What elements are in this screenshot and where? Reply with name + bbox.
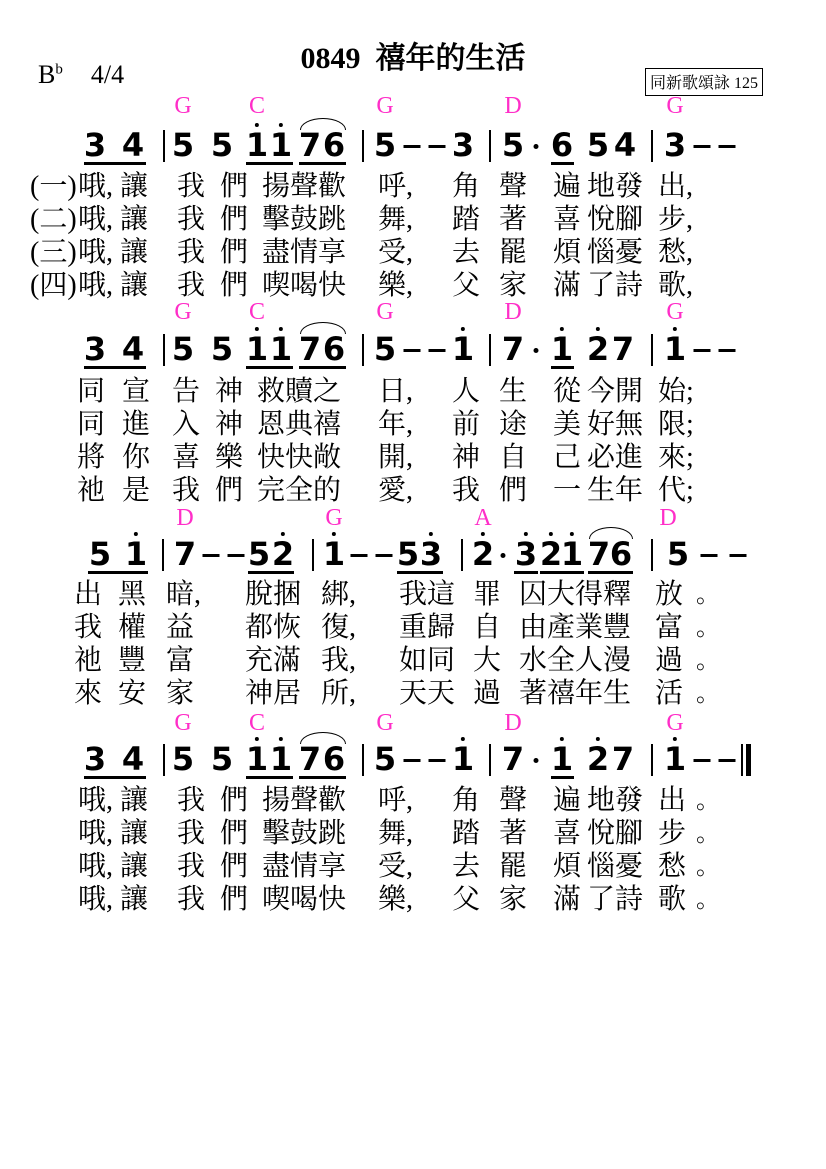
- octave-dot: [524, 532, 528, 536]
- lyric-segment: 父: [452, 271, 480, 301]
- octave-dot: [255, 327, 259, 331]
- eighth-beam: [246, 776, 293, 779]
- lyric-segment: 重歸: [399, 613, 455, 643]
- lyric-segment: 們: [215, 476, 243, 506]
- lyric-segment: 哦,: [78, 885, 113, 915]
- lyric-segment: 讓: [120, 885, 148, 915]
- lyric-segment: 讓: [120, 271, 148, 301]
- lyric-segment: 己: [553, 443, 581, 473]
- octave-dot: [279, 737, 283, 741]
- lyric-segment: 們: [220, 885, 248, 915]
- note-digit: 4: [122, 130, 144, 160]
- lyric-segment: 。: [696, 646, 720, 676]
- lyric-segment: 日,: [378, 377, 413, 407]
- lyric-segment: 我,: [321, 646, 356, 676]
- sustain-dash: [429, 349, 446, 352]
- sustain-dash: [730, 554, 747, 557]
- lyric-segment: 讓: [120, 172, 148, 202]
- lyric-segment: 由產業豐: [519, 613, 631, 643]
- note-digit: 5: [667, 539, 689, 569]
- lyric-segment: 煩: [553, 852, 581, 882]
- chord-label: G: [666, 300, 683, 324]
- lyric-segment: 們: [220, 271, 248, 301]
- lyric-segment: 們: [220, 786, 248, 816]
- lyric-segment: 我: [74, 613, 102, 643]
- lyric-segment: 愁,: [658, 238, 693, 268]
- barline: [362, 334, 364, 366]
- chord-label: G: [376, 94, 393, 118]
- note-digit: 2: [472, 539, 494, 569]
- lyric-segment: 神: [452, 443, 480, 473]
- note-digit: 3: [84, 130, 106, 160]
- lyric-segment: 樂: [215, 443, 243, 473]
- lyric-segment: 步: [658, 819, 686, 849]
- lyric-segment: 美: [553, 410, 581, 440]
- lyric-segment: 安: [118, 679, 146, 709]
- note-digit: 5: [211, 334, 233, 364]
- lyric-segment: 益: [166, 613, 194, 643]
- lyric-segment: 悅腳: [587, 205, 643, 235]
- octave-dot: [570, 532, 574, 536]
- lyric-segment: 過: [655, 646, 683, 676]
- chord-label: C: [249, 300, 265, 324]
- lyric-segment: 好無: [587, 410, 643, 440]
- sustain-dash: [694, 145, 711, 148]
- lyric-segment: 愁: [658, 852, 686, 882]
- lyric-segment: 自: [499, 443, 527, 473]
- lyric-segment: 神: [215, 410, 243, 440]
- lyric-segment: 同: [77, 410, 105, 440]
- lyric-segment: 。: [696, 580, 720, 610]
- note-digit: 1: [270, 744, 292, 774]
- lyric-segment: 煩: [553, 238, 581, 268]
- eighth-beam: [248, 571, 294, 574]
- verse-number: (一): [30, 172, 77, 202]
- lyric-segment: 。: [696, 819, 720, 849]
- chord-label: G: [325, 506, 342, 530]
- lyric-segment: 來: [74, 679, 102, 709]
- octave-dot: [461, 737, 465, 741]
- eighth-beam: [540, 571, 584, 574]
- lyric-segment: 我: [177, 238, 205, 268]
- lyric-segment: 著: [499, 205, 527, 235]
- lyric-segment: 出,: [658, 172, 693, 202]
- sustain-dash: [376, 554, 393, 557]
- eighth-beam: [299, 366, 346, 369]
- eighth-beam: [246, 366, 293, 369]
- lyric-segment: 一: [553, 476, 581, 506]
- lyric-segment: 富: [655, 613, 683, 643]
- lyric-segment: 角: [452, 786, 480, 816]
- key-signature: Bb4/4: [38, 60, 124, 90]
- sustain-dash: [429, 145, 446, 148]
- octave-dot: [560, 737, 564, 741]
- lyric-segment: 。: [696, 613, 720, 643]
- lyric-segment: 快快敞: [257, 443, 341, 473]
- final-barline: [741, 744, 751, 776]
- eighth-beam: [588, 571, 633, 574]
- note-digit: 2: [540, 539, 562, 569]
- octave-dot: [560, 327, 564, 331]
- note-digit: 1: [125, 539, 147, 569]
- note-digit: 6: [323, 130, 345, 160]
- note-digit: 5: [172, 744, 194, 774]
- final-barline-thin: [741, 744, 743, 776]
- eighth-beam: [514, 571, 538, 574]
- sheet-music-page: 0849 禧年的生活 Bb4/4 同新歌頌詠 125 GCGDG34551176…: [0, 0, 826, 1169]
- note-digit: 7: [299, 130, 321, 160]
- barline: [651, 539, 653, 571]
- note-digit: 6: [323, 334, 345, 364]
- lyric-segment: 我: [452, 476, 480, 506]
- note-digit: 4: [122, 744, 144, 774]
- note-digit: 7: [612, 334, 634, 364]
- note-digit: 7: [502, 334, 524, 364]
- octave-dot: [134, 532, 138, 536]
- lyric-segment: 們: [220, 172, 248, 202]
- lyric-segment: 都恢: [245, 613, 301, 643]
- lyric-segment: 是: [122, 476, 150, 506]
- lyric-segment: 喜: [172, 443, 200, 473]
- note-digit: 7: [588, 539, 610, 569]
- lyric-segment: 盡情享: [262, 852, 346, 882]
- lyric-segment: 開,: [378, 443, 413, 473]
- lyric-segment: 同: [77, 377, 105, 407]
- note-digit: 1: [246, 130, 268, 160]
- barline: [163, 744, 165, 776]
- lyric-segment: 滿: [553, 885, 581, 915]
- lyric-segment: 救贖之: [257, 377, 341, 407]
- barline: [489, 334, 491, 366]
- octave-dot: [429, 532, 433, 536]
- lyric-segment: 呼,: [378, 172, 413, 202]
- note-digit: 3: [84, 744, 106, 774]
- barline: [362, 130, 364, 162]
- lyric-segment: 們: [220, 238, 248, 268]
- lyric-segment: 聲: [499, 786, 527, 816]
- octave-dot: [279, 123, 283, 127]
- chord-label: G: [174, 94, 191, 118]
- note-digit: 5: [397, 539, 419, 569]
- chord-label: C: [249, 94, 265, 118]
- lyric-segment: 聲: [499, 172, 527, 202]
- lyric-segment: 我: [177, 172, 205, 202]
- lyric-segment: 前: [452, 410, 480, 440]
- lyric-segment: 黑: [118, 580, 146, 610]
- eighth-beam: [84, 366, 146, 369]
- chord-label: G: [376, 711, 393, 735]
- final-barline-thick: [746, 744, 751, 776]
- lyric-segment: 樂,: [378, 885, 413, 915]
- lyric-segment: 舞,: [378, 205, 413, 235]
- lyric-segment: 罷: [499, 238, 527, 268]
- barline: [362, 744, 364, 776]
- lyric-segment: 罷: [499, 852, 527, 882]
- lyric-segment: 今開: [587, 377, 643, 407]
- flat-accidental: b: [55, 61, 63, 77]
- lyric-segment: 喫喝快: [262, 271, 346, 301]
- lyric-segment: 從: [553, 377, 581, 407]
- barline: [489, 130, 491, 162]
- eighth-beam: [551, 366, 574, 369]
- lyric-segment: 們: [499, 476, 527, 506]
- lyric-segment: 告: [172, 377, 200, 407]
- lyric-segment: 。: [696, 679, 720, 709]
- lyric-segment: 神居: [245, 679, 301, 709]
- lyric-segment: 宣: [122, 377, 150, 407]
- note-digit: 5: [374, 334, 396, 364]
- verse-number: (二): [30, 205, 77, 235]
- sustain-dash: [404, 349, 421, 352]
- note-digit: 5: [211, 130, 233, 160]
- lyric-segment: 祂: [74, 646, 102, 676]
- augmentation-dot: [534, 144, 539, 149]
- lyric-segment: 了詩: [587, 885, 643, 915]
- note-digit: 1: [246, 744, 268, 774]
- lyric-segment: 出: [658, 786, 686, 816]
- lyric-segment: 過: [473, 679, 501, 709]
- note-digit: 5: [374, 130, 396, 160]
- lyric-segment: 著: [499, 819, 527, 849]
- octave-dot: [279, 327, 283, 331]
- lyric-segment: 惱憂: [587, 238, 643, 268]
- note-digit: 1: [323, 539, 345, 569]
- lyric-segment: 哦,: [78, 786, 113, 816]
- lyric-segment: 來;: [658, 443, 694, 473]
- barline: [163, 130, 165, 162]
- chord-label: G: [666, 94, 683, 118]
- lyric-segment: 哦,: [78, 172, 113, 202]
- note-digit: 1: [561, 539, 583, 569]
- barline: [489, 744, 491, 776]
- chord-label: A: [474, 506, 491, 530]
- lyric-segment: 將: [77, 443, 105, 473]
- lyric-segment: 讓: [120, 852, 148, 882]
- lyric-segment: 。: [696, 786, 720, 816]
- octave-dot: [255, 737, 259, 741]
- time-signature: 4/4: [91, 60, 124, 89]
- octave-dot: [673, 327, 677, 331]
- lyric-segment: 讓: [120, 238, 148, 268]
- lyric-segment: 我: [177, 271, 205, 301]
- lyric-segment: 哦,: [78, 852, 113, 882]
- eighth-beam: [246, 162, 293, 165]
- sustain-dash: [203, 554, 220, 557]
- eighth-beam: [88, 571, 148, 574]
- sustain-dash: [719, 349, 736, 352]
- barline: [162, 539, 164, 571]
- lyric-segment: 揚聲歡: [262, 172, 346, 202]
- lyric-segment: 恩典禧: [257, 410, 341, 440]
- lyric-segment: 惱憂: [587, 852, 643, 882]
- chord-label: C: [249, 711, 265, 735]
- lyric-segment: 祂: [77, 476, 105, 506]
- note-digit: 3: [420, 539, 442, 569]
- note-digit: 6: [323, 744, 345, 774]
- lyric-segment: 自: [473, 613, 501, 643]
- note-digit: 7: [174, 539, 196, 569]
- note-digit: 5: [211, 744, 233, 774]
- augmentation-dot: [534, 348, 539, 353]
- barline: [461, 539, 463, 571]
- barline: [651, 744, 653, 776]
- lyric-segment: 生: [499, 377, 527, 407]
- note-digit: 1: [452, 744, 474, 774]
- lyric-segment: 擊鼓跳: [262, 819, 346, 849]
- lyric-segment: 喜: [553, 819, 581, 849]
- lyric-segment: 們: [220, 819, 248, 849]
- lyric-segment: 充滿: [245, 646, 301, 676]
- octave-dot: [461, 327, 465, 331]
- lyric-segment: 必進: [587, 443, 643, 473]
- octave-dot: [596, 737, 600, 741]
- lyric-segment: 放: [655, 580, 683, 610]
- lyric-segment: 踏: [452, 205, 480, 235]
- source-reference-box: 同新歌頌詠 125: [645, 68, 763, 96]
- lyric-segment: 讓: [120, 786, 148, 816]
- note-digit: 5: [89, 539, 111, 569]
- barline: [163, 334, 165, 366]
- lyric-segment: 進: [122, 410, 150, 440]
- key-letter: B: [38, 60, 55, 89]
- lyric-segment: 完全的: [257, 476, 341, 506]
- lyric-segment: 們: [220, 205, 248, 235]
- lyric-segment: 揚聲歡: [262, 786, 346, 816]
- lyric-segment: 你: [122, 443, 150, 473]
- lyric-segment: 哦,: [78, 819, 113, 849]
- lyric-segment: 富: [166, 646, 194, 676]
- lyric-segment: 人: [452, 377, 480, 407]
- lyric-segment: 樂,: [378, 271, 413, 301]
- lyric-segment: 地發: [587, 786, 643, 816]
- augmentation-dot: [501, 553, 506, 558]
- sustain-dash: [228, 554, 245, 557]
- lyric-segment: 愛,: [378, 476, 413, 506]
- lyric-segment: 呼,: [378, 786, 413, 816]
- note-digit: 1: [270, 334, 292, 364]
- sustain-dash: [351, 554, 368, 557]
- note-digit: 4: [122, 334, 144, 364]
- note-digit: 1: [551, 744, 573, 774]
- slur-arc: [589, 527, 633, 539]
- lyric-segment: 代;: [658, 476, 694, 506]
- chord-label: G: [666, 711, 683, 735]
- lyric-segment: 年,: [378, 410, 413, 440]
- lyric-segment: 著禧年生: [519, 679, 631, 709]
- lyric-segment: 脫捆: [245, 580, 301, 610]
- note-digit: 2: [587, 744, 609, 774]
- lyric-segment: 限;: [658, 410, 694, 440]
- lyric-segment: 踏: [452, 819, 480, 849]
- octave-dot: [673, 737, 677, 741]
- sustain-dash: [694, 349, 711, 352]
- lyric-segment: 盡情享: [262, 238, 346, 268]
- lyric-segment: 如同: [399, 646, 455, 676]
- lyric-segment: 去: [452, 852, 480, 882]
- lyric-segment: 豐: [118, 646, 146, 676]
- barline: [312, 539, 314, 571]
- lyric-segment: 去: [452, 238, 480, 268]
- octave-dot: [255, 123, 259, 127]
- lyric-segment: 喜: [553, 205, 581, 235]
- lyric-segment: 們: [220, 852, 248, 882]
- lyric-segment: 哦,: [78, 238, 113, 268]
- note-digit: 1: [551, 334, 573, 364]
- lyric-segment: 哦,: [78, 205, 113, 235]
- lyric-segment: 神: [215, 377, 243, 407]
- sustain-dash: [719, 145, 736, 148]
- lyric-segment: 我: [172, 476, 200, 506]
- octave-dot: [549, 532, 553, 536]
- lyric-segment: 水全人漫: [519, 646, 631, 676]
- note-digit: 1: [664, 334, 686, 364]
- lyric-segment: 讓: [120, 205, 148, 235]
- note-digit: 3: [452, 130, 474, 160]
- lyric-segment: 擊鼓跳: [262, 205, 346, 235]
- slur-arc: [300, 732, 346, 744]
- lyric-segment: 權: [118, 613, 146, 643]
- lyric-segment: 悅腳: [587, 819, 643, 849]
- barline: [651, 130, 653, 162]
- verse-number: (四): [30, 271, 77, 301]
- lyric-segment: 我這: [399, 580, 455, 610]
- eighth-beam: [299, 776, 346, 779]
- note-digit: 3: [664, 130, 686, 160]
- lyric-segment: 遍: [553, 786, 581, 816]
- barline: [651, 334, 653, 366]
- lyric-segment: 活: [655, 679, 683, 709]
- lyric-segment: 罪: [473, 580, 501, 610]
- lyric-segment: 地發: [587, 172, 643, 202]
- lyric-segment: 舞,: [378, 819, 413, 849]
- octave-dot: [332, 532, 336, 536]
- note-digit: 1: [246, 334, 268, 364]
- chord-label: G: [174, 711, 191, 735]
- lyric-segment: 我: [177, 885, 205, 915]
- lyric-segment: 我: [177, 819, 205, 849]
- octave-dot: [281, 532, 285, 536]
- lyric-segment: 暗,: [166, 580, 201, 610]
- lyric-segment: 哦,: [78, 271, 113, 301]
- eighth-beam: [84, 776, 146, 779]
- sustain-dash: [429, 759, 446, 762]
- lyric-segment: 大: [473, 646, 501, 676]
- lyric-segment: 我: [177, 852, 205, 882]
- lyric-segment: 囚大得釋: [519, 580, 631, 610]
- eighth-beam: [84, 162, 146, 165]
- chord-label: D: [176, 506, 193, 530]
- octave-dot: [596, 327, 600, 331]
- sustain-dash: [404, 759, 421, 762]
- lyric-segment: 了詩: [587, 271, 643, 301]
- note-digit: 5: [248, 539, 270, 569]
- chord-label: G: [174, 300, 191, 324]
- lyric-segment: 綁,: [321, 580, 356, 610]
- lyric-segment: 家: [166, 679, 194, 709]
- sustain-dash: [404, 145, 421, 148]
- lyric-segment: 天天: [399, 679, 455, 709]
- lyric-segment: 受,: [378, 852, 413, 882]
- lyric-segment: 喫喝快: [262, 885, 346, 915]
- note-digit: 5: [502, 130, 524, 160]
- note-digit: 1: [452, 334, 474, 364]
- note-digit: 7: [612, 744, 634, 774]
- note-digit: 7: [502, 744, 524, 774]
- note-digit: 5: [172, 334, 194, 364]
- lyric-segment: 父: [452, 885, 480, 915]
- note-digit: 7: [299, 334, 321, 364]
- eighth-beam: [551, 162, 574, 165]
